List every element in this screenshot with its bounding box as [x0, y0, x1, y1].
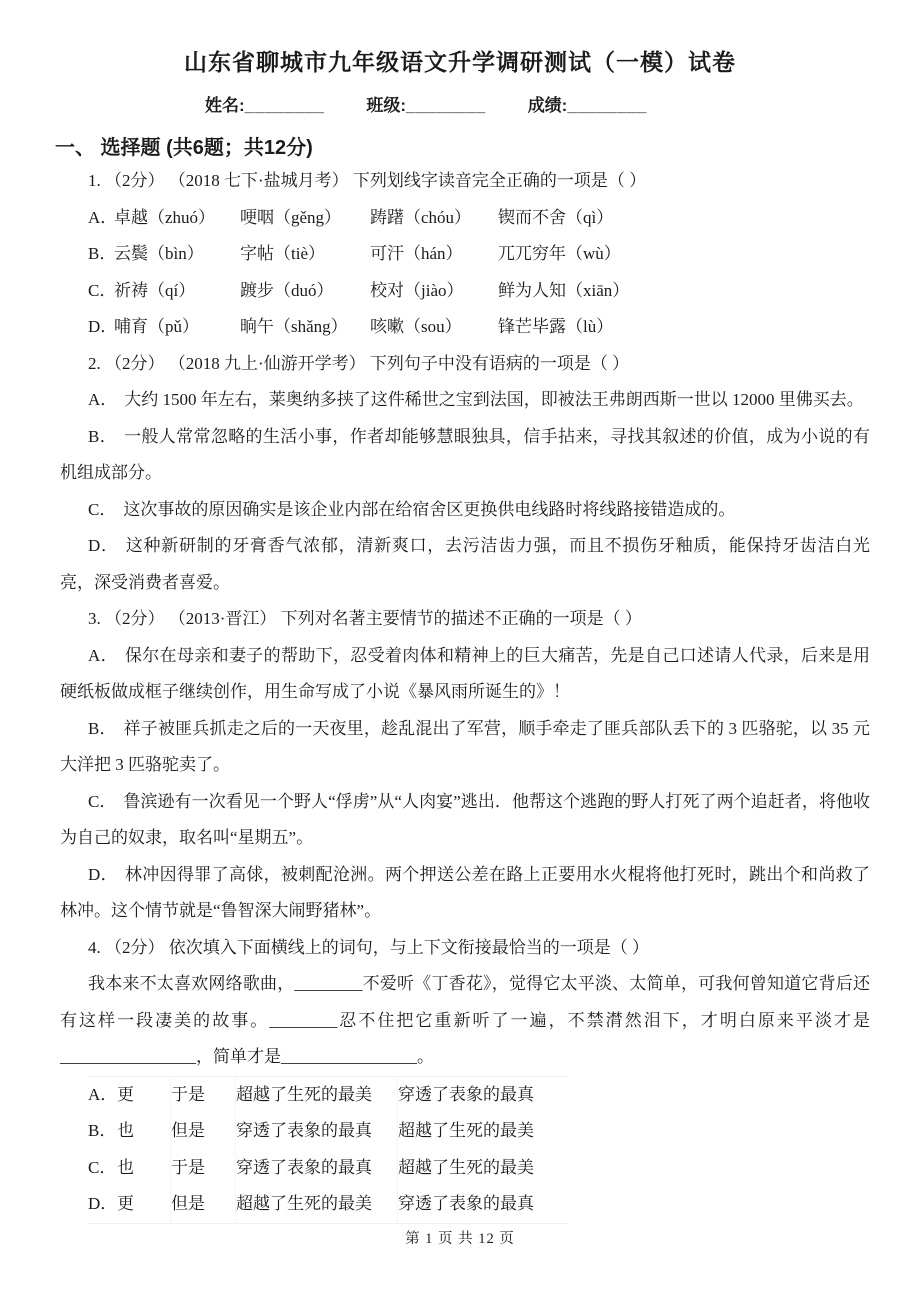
question-3-option-d: D．林冲因得罪了高俅，被刺配沧洲。两个押送公差在路上正要用水火棍将他打死时，跳出…: [60, 857, 870, 930]
option-phrase: 超越了生死的最美: [397, 1150, 568, 1187]
option-word: 可汗（hán）: [370, 236, 498, 273]
option-word: 于是: [170, 1150, 235, 1187]
option-word: 晌午（shǎng）: [240, 309, 370, 346]
option-word: 更: [117, 1077, 170, 1114]
name-field: 姓名:________: [205, 91, 324, 116]
exam-document-page: 山东省聊城市九年级语文升学调研测试（一模）试卷 姓名:________ 班级:_…: [0, 0, 920, 1302]
name-blank-line: ________: [245, 96, 325, 115]
question-4-option-c: C． 也 于是 穿透了表象的最真 超越了生死的最美: [88, 1150, 568, 1187]
question-1-option-c: C． 祈祷（qí） 踱步（duó） 校对（jiào） 鲜为人知（xiān）: [88, 273, 870, 310]
option-word: 鲜为人知（xiān）: [498, 273, 870, 310]
option-letter: B．: [88, 236, 114, 273]
question-2-option-c: C．这次事故的原因确实是该企业内部在给宿舍区更换供电线路时将线路接错造成的。: [60, 492, 870, 529]
question-3-stem: 3. （2分） （2013·晋江） 下列对名著主要情节的描述不正确的一项是（ ）: [60, 601, 870, 638]
option-phrase: 穿透了表象的最真: [235, 1150, 397, 1187]
option-word: 踌躇（chóu）: [370, 200, 498, 237]
option-phrase: 穿透了表象的最真: [397, 1077, 568, 1114]
option-text: 祥子被匪兵抓走之后的一天夜里，趁乱混出了军营，顺手牵走了匪兵部队丢下的 3 匹骆…: [60, 719, 870, 775]
option-word: 也: [117, 1113, 170, 1150]
option-letter: C．: [88, 1150, 117, 1187]
question-4-option-a: A． 更 于是 超越了生死的最美 穿透了表象的最真: [88, 1077, 568, 1114]
option-letter: A．: [88, 200, 114, 237]
question-2-option-a: A．大约 1500 年左右，莱奥纳多挟了这件稀世之宝到法国，即被法王弗朗西斯一世…: [60, 382, 870, 419]
question-4-passage: 我本来不太喜欢网络歌曲，________不爱听《丁香花》，觉得它太平淡、太简单，…: [60, 966, 870, 1076]
option-letter: D．: [88, 1186, 117, 1223]
page-title: 山东省聊城市九年级语文升学调研测试（一模）试卷: [0, 0, 920, 77]
question-1-option-d: D． 哺育（pǔ） 晌午（shǎng） 咳嗽（sou） 锋芒毕露（lù）: [88, 309, 870, 346]
option-word: 字帖（tiè）: [240, 236, 370, 273]
option-word: 咳嗽（sou）: [370, 309, 498, 346]
option-word: 卓越（zhuó）: [114, 200, 240, 237]
option-text: 这种新研制的牙膏香气浓郁，清新爽口，去污洁齿力强，而且不损伤牙釉质，能保持牙齿洁…: [60, 536, 870, 592]
option-letter: C．: [88, 273, 114, 310]
option-letter: B．: [88, 1113, 117, 1150]
question-3-option-b: B．祥子被匪兵抓走之后的一天夜里，趁乱混出了军营，顺手牵走了匪兵部队丢下的 3 …: [60, 711, 870, 784]
class-label: 班级:: [366, 96, 406, 115]
option-phrase: 超越了生死的最美: [235, 1077, 397, 1114]
option-word: 但是: [170, 1186, 235, 1223]
option-letter: C．: [88, 792, 116, 811]
option-phrase: 超越了生死的最美: [397, 1113, 568, 1150]
option-text: 林冲因得罪了高俅，被刺配沧洲。两个押送公差在路上正要用水火棍将他打死时，跳出个和…: [60, 865, 870, 921]
option-text: 保尔在母亲和妻子的帮助下，忍受着肉体和精神上的巨大痛苦，先是自己口述请人代录，后…: [60, 646, 870, 702]
question-1-options: A． 卓越（zhuó） 哽咽（gěng） 踌躇（chóu） 锲而不舍（qì） B…: [88, 200, 870, 346]
option-phrase: 超越了生死的最美: [235, 1186, 397, 1223]
option-word: 祈祷（qí）: [114, 273, 240, 310]
option-phrase: 穿透了表象的最真: [235, 1113, 397, 1150]
option-text: 鲁滨逊有一次看见一个野人“俘虏”从“人肉宴”逃出．他帮这个逃跑的野人打死了两个追…: [60, 792, 870, 848]
question-2-option-b: B．一般人常常忽略的生活小事，作者却能够慧眼独具，信手拈来，寻找其叙述的价值，成…: [60, 419, 870, 492]
name-label: 姓名:: [205, 96, 245, 115]
question-4-option-d: D． 更 但是 超越了生死的最美 穿透了表象的最真: [88, 1186, 568, 1223]
question-1-option-b: B． 云鬓（bìn） 字帖（tiè） 可汗（hán） 兀兀穷年（wù）: [88, 236, 870, 273]
class-blank-line: ________: [406, 96, 486, 115]
option-word: 踱步（duó）: [240, 273, 370, 310]
score-blank-line: ________: [567, 96, 647, 115]
question-4-options: A． 更 于是 超越了生死的最美 穿透了表象的最真 B． 也 但是 穿透了表象的…: [88, 1076, 568, 1224]
option-word: 锋芒毕露（lù）: [498, 309, 870, 346]
question-2-stem: 2. （2分） （2018 九上·仙游开学考） 下列句子中没有语病的一项是（ ）: [60, 346, 870, 383]
question-3-option-a: A．保尔在母亲和妻子的帮助下，忍受着肉体和精神上的巨大痛苦，先是自己口述请人代录…: [60, 638, 870, 711]
option-word: 也: [117, 1150, 170, 1187]
option-word: 更: [117, 1186, 170, 1223]
header-fields: 姓名:________ 班级:________ 成绩:________: [205, 91, 647, 116]
option-letter: D．: [88, 865, 118, 884]
question-3-option-c: C．鲁滨逊有一次看见一个野人“俘虏”从“人肉宴”逃出．他帮这个逃跑的野人打死了两…: [60, 784, 870, 857]
option-letter: D．: [88, 309, 114, 346]
question-4-option-b: B． 也 但是 穿透了表象的最真 超越了生死的最美: [88, 1113, 568, 1150]
option-word: 兀兀穷年（wù）: [498, 236, 870, 273]
page-number: 第 1 页 共 12 页: [0, 1227, 920, 1248]
option-word: 锲而不舍（qì）: [498, 200, 870, 237]
option-word: 云鬓（bìn）: [114, 236, 240, 273]
option-letter: A．: [88, 1077, 117, 1114]
option-letter: A．: [88, 390, 117, 409]
option-letter: C．: [88, 500, 116, 519]
option-word: 校对（jiào）: [370, 273, 498, 310]
option-phrase: 穿透了表象的最真: [397, 1186, 568, 1223]
option-word: 哽咽（gěng）: [240, 200, 370, 237]
option-word: 哺育（pǔ）: [114, 309, 240, 346]
option-letter: B．: [88, 427, 117, 446]
question-list: 1. （2分） （2018 七下·盐城月考） 下列划线字读音完全正确的一项是（ …: [0, 160, 920, 1224]
option-text: 这次事故的原因确实是该企业内部在给宿舍区更换供电线路时将线路接错造成的。: [123, 500, 735, 519]
option-text: 大约 1500 年左右，莱奥纳多挟了这件稀世之宝到法国，即被法王弗朗西斯一世以 …: [124, 390, 864, 409]
score-field: 成绩:________: [528, 91, 647, 116]
option-letter: D．: [88, 536, 119, 555]
class-field: 班级:________: [366, 91, 485, 116]
question-2-option-d: D．这种新研制的牙膏香气浓郁，清新爽口，去污洁齿力强，而且不损伤牙釉质，能保持牙…: [60, 528, 870, 601]
section-heading: 一、 选择题 (共6题；共12分): [55, 131, 920, 160]
question-1-stem: 1. （2分） （2018 七下·盐城月考） 下列划线字读音完全正确的一项是（ …: [60, 163, 870, 200]
option-word: 但是: [170, 1113, 235, 1150]
option-letter: B．: [88, 719, 117, 738]
score-label: 成绩:: [528, 96, 568, 115]
option-word: 于是: [170, 1077, 235, 1114]
question-1-option-a: A． 卓越（zhuó） 哽咽（gěng） 踌躇（chóu） 锲而不舍（qì）: [88, 200, 870, 237]
option-text: 一般人常常忽略的生活小事，作者却能够慧眼独具，信手拈来，寻找其叙述的价值，成为小…: [60, 427, 870, 483]
question-4-stem: 4. （2分） 依次填入下面横线上的词句，与上下文衔接最恰当的一项是（ ）: [60, 930, 870, 967]
option-letter: A．: [88, 646, 118, 665]
